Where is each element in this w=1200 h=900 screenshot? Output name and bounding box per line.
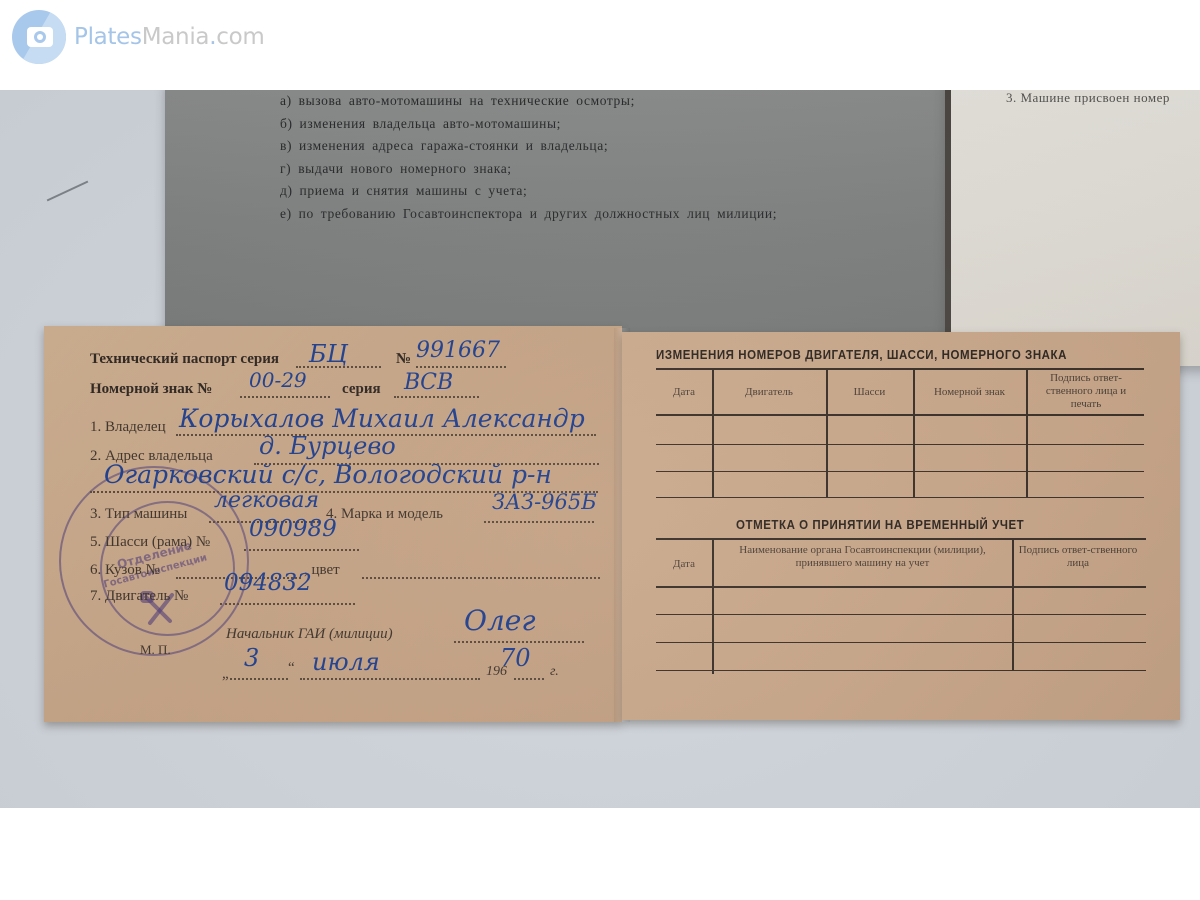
plate-value: 00-29 <box>249 368 307 392</box>
type-label: 3. Тип машины <box>90 506 187 523</box>
series-label: Технический паспорт серия <box>90 351 279 368</box>
passport-left-page: Отделение Госавтоинспекции Технический п… <box>44 326 622 722</box>
document-photo: а) вызова авто-мотомашины на технические… <box>0 90 1200 808</box>
table2-top-rule <box>656 538 1146 540</box>
number-label: № <box>396 351 411 368</box>
chassis-value: 090989 <box>249 516 337 542</box>
date-year-dots <box>514 678 544 680</box>
plate-series-label: серия <box>342 381 381 398</box>
table2-col-signature: Подпись ответ-ственного лица <box>1018 544 1138 570</box>
table2-row-rule <box>656 670 1146 671</box>
date-day: 3 <box>244 644 259 672</box>
date-close-quote: “ <box>288 660 295 677</box>
table2-col-authority: Наименование органа Госавтоинспекции (ми… <box>720 544 1005 570</box>
address-value-1: д. Бурцево <box>259 432 396 460</box>
grey-doc-line: е) по требованию Госавтоинспектора и дру… <box>280 203 777 226</box>
date-day-dots <box>230 678 288 680</box>
table1-row-rule <box>656 471 1144 472</box>
logo-brand-plates: Plates <box>74 24 142 50</box>
table2-col-divider <box>712 540 714 674</box>
tech-passport: Отделение Госавтоинспекции Технический п… <box>44 324 1180 722</box>
plate-label: Номерной знак № <box>90 381 212 398</box>
grey-doc-line: г) выдачи нового номерного знака; <box>280 158 777 181</box>
table2-head-rule <box>656 586 1146 588</box>
chief-dots <box>454 641 584 643</box>
table2-row-rule <box>656 642 1146 643</box>
grey-doc-line: д) приема и снятия машины с учета; <box>280 180 777 203</box>
plate-series-dots <box>394 396 479 398</box>
white-doc-line: 3. Машине присвоен номер <box>1006 90 1170 106</box>
table1-col-date: Дата <box>656 386 712 399</box>
address-value-2: Огарковский с/с, Вологодский р-н <box>104 460 552 489</box>
table1-row-rule <box>656 444 1144 445</box>
plate-dots <box>240 396 330 398</box>
logo-tld: com <box>216 24 264 50</box>
grey-doc-line: б) изменения владельца авто-мотомашины; <box>280 113 777 136</box>
model-value: ЗАЗ-965Б <box>492 490 597 514</box>
date-suffix: г. <box>550 664 559 680</box>
table1-title: ИЗМЕНЕНИЯ НОМЕРОВ ДВИГАТЕЛЯ, ШАССИ, НОМЕ… <box>656 348 1067 362</box>
number-dots <box>416 366 506 368</box>
table1-col-divider <box>1026 370 1028 498</box>
camera-icon <box>12 10 66 64</box>
grey-doc-line: а) вызова авто-мотомашины на технические… <box>280 90 777 113</box>
table1-col-engine: Двигатель <box>712 386 826 399</box>
date-month: июля <box>312 648 380 676</box>
table1-top-rule <box>656 368 1144 370</box>
logo-brand-mania: Mania <box>142 24 210 50</box>
date-year-hand: 70 <box>500 644 531 672</box>
logo-text: PlatesMania.com <box>74 24 264 50</box>
passport-right-page: ИЗМЕНЕНИЯ НОМЕРОВ ДВИГАТЕЛЯ, ШАССИ, НОМЕ… <box>622 332 1180 720</box>
signature: Олег <box>464 604 536 637</box>
engine-value: 094832 <box>224 570 312 596</box>
owner-value: Корыхалов Михаил Александр <box>179 404 585 433</box>
stamp-place-label: М. П. <box>140 642 171 658</box>
chief-label: Начальник ГАИ (милиции) <box>226 626 393 643</box>
table1-col-chassis: Шасси <box>826 386 913 399</box>
platesmania-logo[interactable]: PlatesMania.com <box>12 10 264 64</box>
number-value: 991667 <box>416 338 500 363</box>
table2-title: ОТМЕТКА О ПРИНЯТИИ НА ВРЕМЕННЫЙ УЧЕТ <box>736 518 1024 532</box>
table2-col-date: Дата <box>656 558 712 571</box>
table1-row-rule <box>656 497 1144 498</box>
date-month-dots <box>300 678 480 680</box>
chassis-dots <box>244 549 359 551</box>
color-dots <box>362 577 600 579</box>
table1-col-signature: Подпись ответ-ственного лица и печать <box>1032 372 1140 411</box>
engine-label: 7. Двигатель № <box>90 588 188 605</box>
date-open-quote: „ <box>222 666 229 683</box>
plate-series-value: ВСВ <box>404 370 453 395</box>
table1-head-rule <box>656 414 1144 416</box>
series-value: БЦ <box>309 340 348 368</box>
body-label: 6. Кузов № <box>90 562 160 579</box>
owner-label: 1. Владелец <box>90 419 166 436</box>
engine-dots <box>220 603 355 605</box>
table2-col-divider <box>1012 540 1014 670</box>
model-dots <box>484 521 594 523</box>
model-label: 4. Марка и модель <box>326 506 443 523</box>
watermark-header: PlatesMania.com <box>0 0 1200 90</box>
type-value: легковая <box>214 488 319 513</box>
chassis-label: 5. Шасси (рама) № <box>90 534 210 551</box>
pencil-mark <box>47 181 89 202</box>
grey-document-text: а) вызова авто-мотомашины на технические… <box>280 90 777 225</box>
table1-col-plate: Номерной знак <box>913 386 1026 399</box>
table2-row-rule <box>656 614 1146 615</box>
grey-doc-line: в) изменения адреса гаража-стоянки и вла… <box>280 135 777 158</box>
